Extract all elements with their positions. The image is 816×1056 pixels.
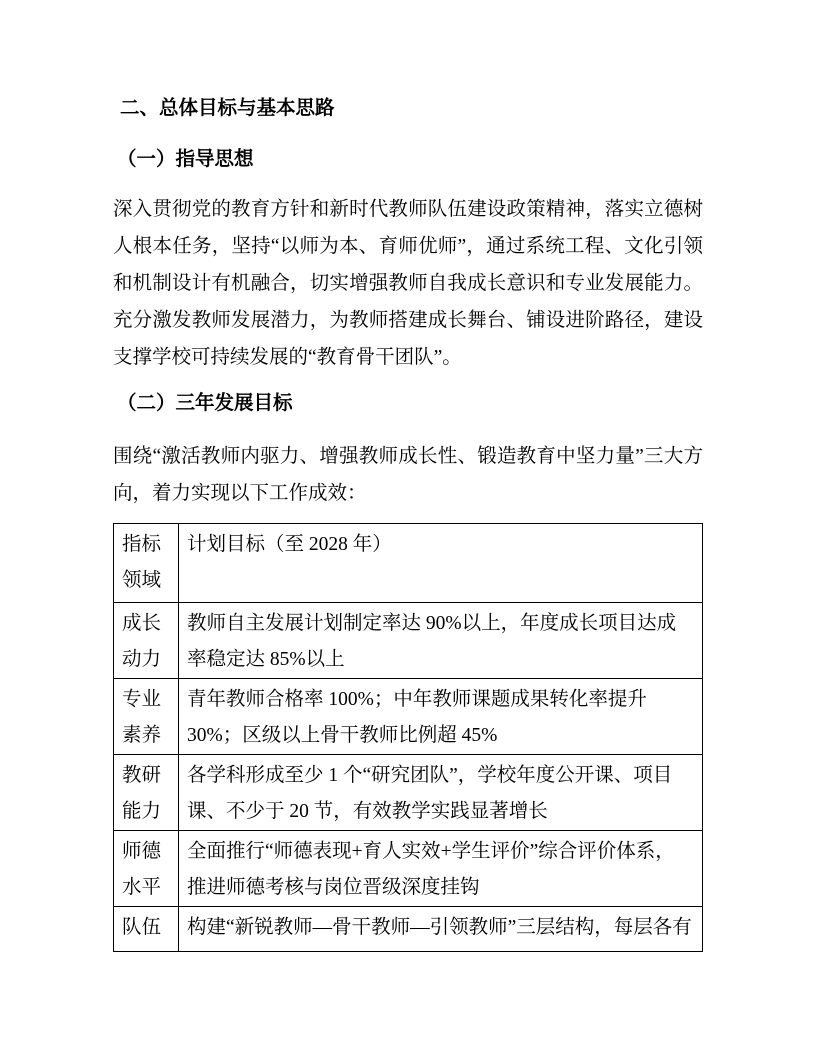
table-header-row: 指标领域 计划目标（至 2028 年） <box>114 524 703 603</box>
table-row: 教研能力 各学科形成至少 1 个“研究团队”，学校年度公开课、项目课、不少于 2… <box>114 755 703 831</box>
table-row: 队伍 构建“新锐教师—骨干教师—引领教师”三层结构，每层各有 <box>114 907 703 952</box>
table-row: 师德水平 全面推行“师德表现+育人实效+学生评价”综合评价体系，推进师德考核与岗… <box>114 831 703 907</box>
table-header-goal: 计划目标（至 2028 年） <box>179 524 703 603</box>
goals-table: 指标领域 计划目标（至 2028 年） 成长动力 教师自主发展计划制定率达 90… <box>113 523 703 952</box>
table-cell-goal: 青年教师合格率 100%；中年教师课题成果转化率提升 30%；区级以上骨干教师比… <box>179 679 703 755</box>
table-cell-area: 队伍 <box>114 907 179 952</box>
table-cell-goal: 全面推行“师德表现+育人实效+学生评价”综合评价体系，推进师德考核与岗位晋级深度… <box>179 831 703 907</box>
table-cell-goal: 各学科形成至少 1 个“研究团队”，学校年度公开课、项目课、不少于 20 节，有… <box>179 755 703 831</box>
table-cell-area: 师德水平 <box>114 831 179 907</box>
subsection-heading-guiding-ideology: （一）指导思想 <box>117 148 703 172</box>
paragraph-three-year-goals: 围绕“激活教师内驱力、增强教师成长性、锻造教育中坚力量”三大方向，着力实现以下工… <box>113 438 703 512</box>
table-header-area: 指标领域 <box>114 524 179 603</box>
table-cell-area: 成长动力 <box>114 603 179 679</box>
table-row: 成长动力 教师自主发展计划制定率达 90%以上，年度成长项目达成率稳定达 85%… <box>114 603 703 679</box>
table-cell-goal: 构建“新锐教师—骨干教师—引领教师”三层结构，每层各有 <box>179 907 703 952</box>
document-content: 二、总体目标与基本思路 （一）指导思想 深入贯彻党的教育方针和新时代教师队伍建设… <box>113 97 703 952</box>
table-cell-goal: 教师自主发展计划制定率达 90%以上，年度成长项目达成率稳定达 85%以上 <box>179 603 703 679</box>
main-section-heading: 二、总体目标与基本思路 <box>120 97 703 121</box>
paragraph-guiding-ideology: 深入贯彻党的教育方针和新时代教师队伍建设政策精神，落实立德树人根本任务，坚持“以… <box>113 191 703 376</box>
table-row: 专业素养 青年教师合格率 100%；中年教师课题成果转化率提升 30%；区级以上… <box>114 679 703 755</box>
document-page: 二、总体目标与基本思路 （一）指导思想 深入贯彻党的教育方针和新时代教师队伍建设… <box>0 0 816 1056</box>
table-cell-area: 专业素养 <box>114 679 179 755</box>
table-cell-area: 教研能力 <box>114 755 179 831</box>
subsection-heading-three-year-goals: （二）三年发展目标 <box>117 392 703 416</box>
